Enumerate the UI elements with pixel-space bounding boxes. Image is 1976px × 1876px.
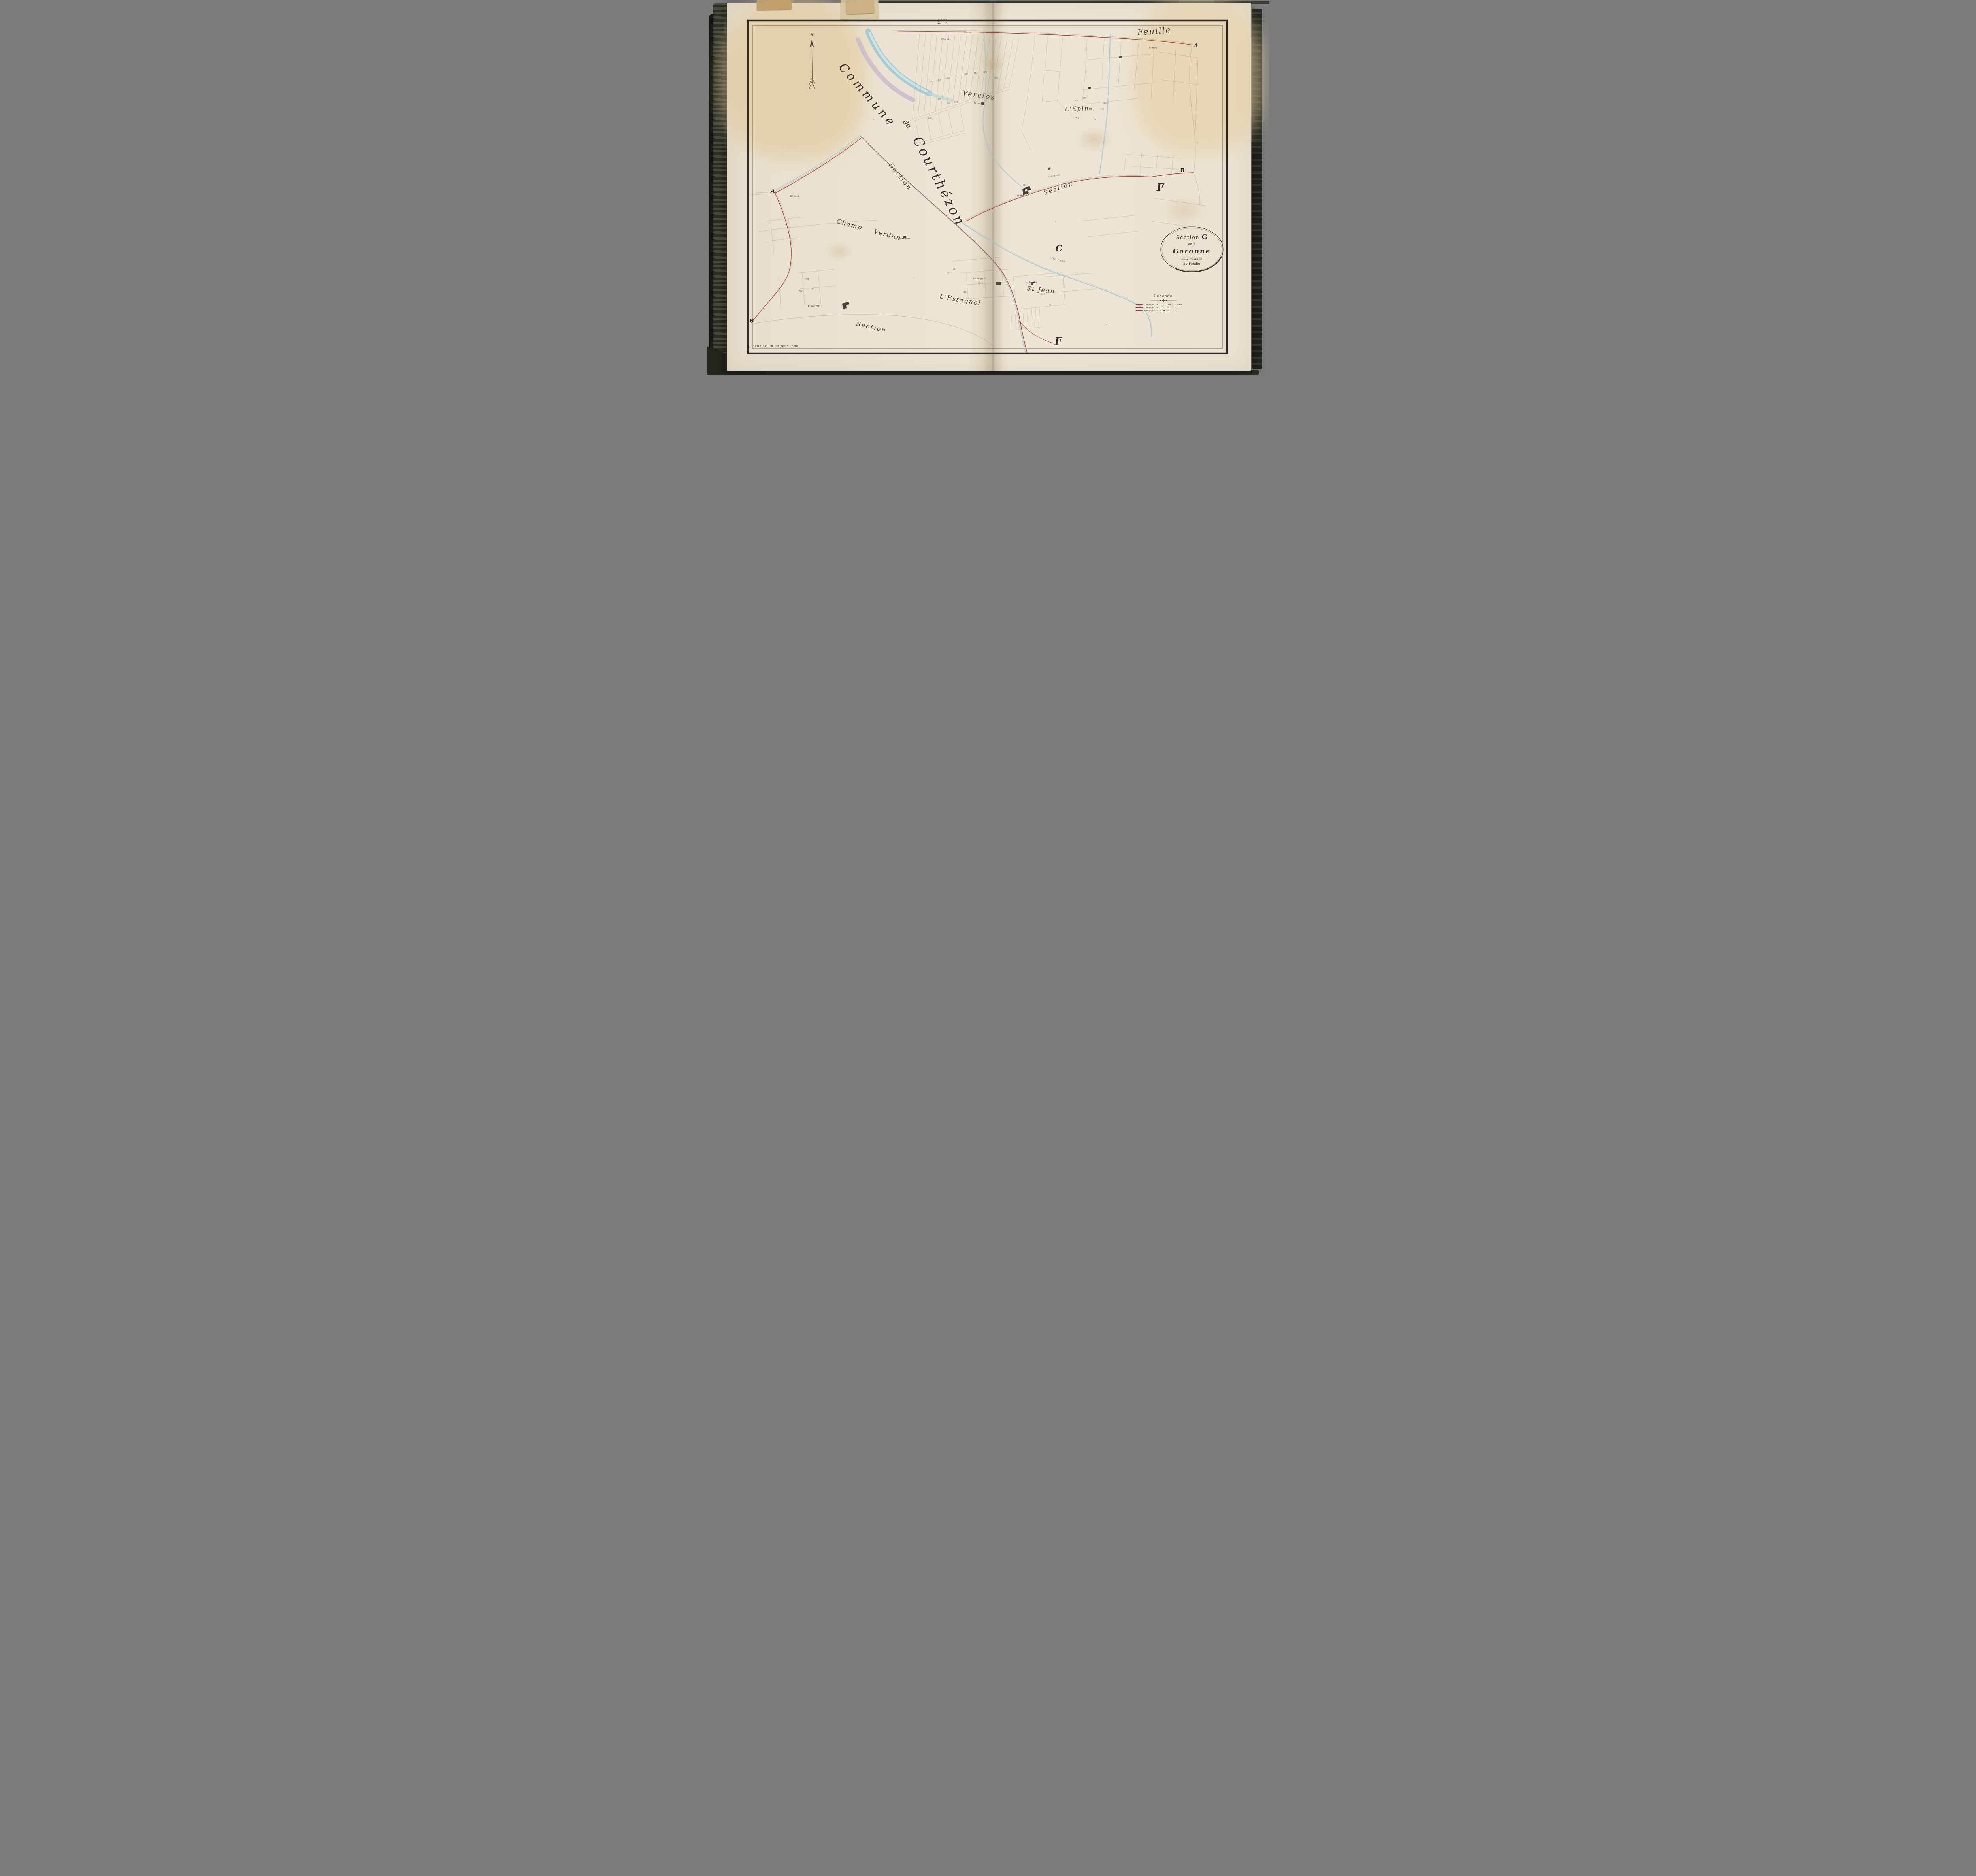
parcel-number: 118 bbox=[947, 273, 951, 275]
legend-leader-dots bbox=[1161, 307, 1166, 307]
parcel-number: 760 bbox=[811, 288, 814, 290]
parcel-number: 611 bbox=[1023, 185, 1027, 187]
cartouche-garonne: Garonne bbox=[1173, 247, 1210, 255]
legend-entry-suffix: Débit bbox=[1167, 303, 1176, 306]
cartouche-2e-feuille: 2e Feuille bbox=[1183, 262, 1200, 266]
parcel-number: 115 bbox=[978, 283, 982, 285]
legend-leader-dots bbox=[1161, 304, 1166, 304]
legend-entry-label: Filiole N°10 bbox=[1144, 303, 1161, 306]
cartouche-en-2-feuilles: en 2 Feuilles bbox=[1182, 257, 1202, 260]
legend-row: Filiole N°10 Débit litres bbox=[1136, 303, 1191, 306]
parcel-number: 680 bbox=[1104, 103, 1107, 105]
parcel-number: 133 bbox=[1049, 305, 1053, 307]
parcel-number: 718 bbox=[1093, 119, 1096, 121]
parcel-number: 595 bbox=[954, 102, 958, 104]
parcel-number: 586 bbox=[995, 78, 998, 80]
parcel-numbers-layer: 5785795805815825835845865895965956006116… bbox=[707, 0, 1269, 375]
parcel-number: 114 bbox=[963, 292, 967, 294]
legend-swatch-red-line bbox=[1136, 304, 1143, 305]
scanned-atlas-photo: Commune de Courthézon 1ère Feuille N Ver… bbox=[707, 0, 1269, 375]
legend-swatch-red-line bbox=[1136, 307, 1143, 308]
legend-ornament-icon bbox=[1150, 299, 1177, 302]
legend-swatch-red-line bbox=[1136, 310, 1143, 311]
parcel-number: 716 bbox=[1101, 109, 1104, 111]
legend-row: Filiole N°15 id l. bbox=[1136, 309, 1191, 312]
legend-entry-label: Filiole N°15 bbox=[1144, 309, 1161, 312]
legend: Légende Filiole N°10 Débit litres Filiol… bbox=[1136, 294, 1191, 312]
legend-entry-unit: l. bbox=[1176, 309, 1177, 312]
legend-title: Légende bbox=[1136, 294, 1191, 298]
parcel-number: 600 bbox=[928, 118, 932, 120]
legend-leader-dots bbox=[1161, 310, 1166, 311]
legend-entry-unit: l. bbox=[1176, 306, 1177, 309]
parcel-number: 714 bbox=[1076, 118, 1079, 120]
parcel-number: 584 bbox=[984, 72, 987, 74]
cartouche-section-letter: G bbox=[1202, 233, 1208, 241]
parcel-number: 134 bbox=[1041, 294, 1045, 296]
parcel-number: 675 bbox=[1075, 100, 1079, 102]
legend-entry-suffix: id bbox=[1167, 306, 1176, 309]
parcel-number: 117 bbox=[953, 269, 957, 271]
parcel-number: 596 bbox=[947, 103, 950, 105]
parcel-number: 589 bbox=[938, 99, 941, 101]
parcel-number: 764 bbox=[799, 291, 803, 293]
legend-entry-unit: litres bbox=[1176, 303, 1182, 306]
cartouche-section-word: Section bbox=[1176, 235, 1200, 240]
title-cartouche: Section G de la Garonne en 2 Feuilles 2e… bbox=[1161, 228, 1223, 271]
parcel-number: 580 bbox=[947, 78, 950, 80]
legend-entry-label: Filiole N°14 bbox=[1144, 306, 1161, 309]
parcel-number: 679 bbox=[1083, 98, 1087, 100]
parcel-number: 582 bbox=[965, 74, 968, 76]
parcel-number: 579 bbox=[938, 80, 941, 82]
parcel-number: 578 bbox=[929, 81, 933, 83]
cartouche-de-la: de la bbox=[1188, 243, 1195, 246]
legend-row: Filiole N°14 id l. bbox=[1136, 306, 1191, 309]
parcel-number: 581 bbox=[955, 75, 959, 77]
legend-entry-suffix: id bbox=[1167, 309, 1176, 312]
parcel-number: 761 bbox=[806, 279, 809, 281]
parcel-number: 583 bbox=[974, 73, 978, 75]
